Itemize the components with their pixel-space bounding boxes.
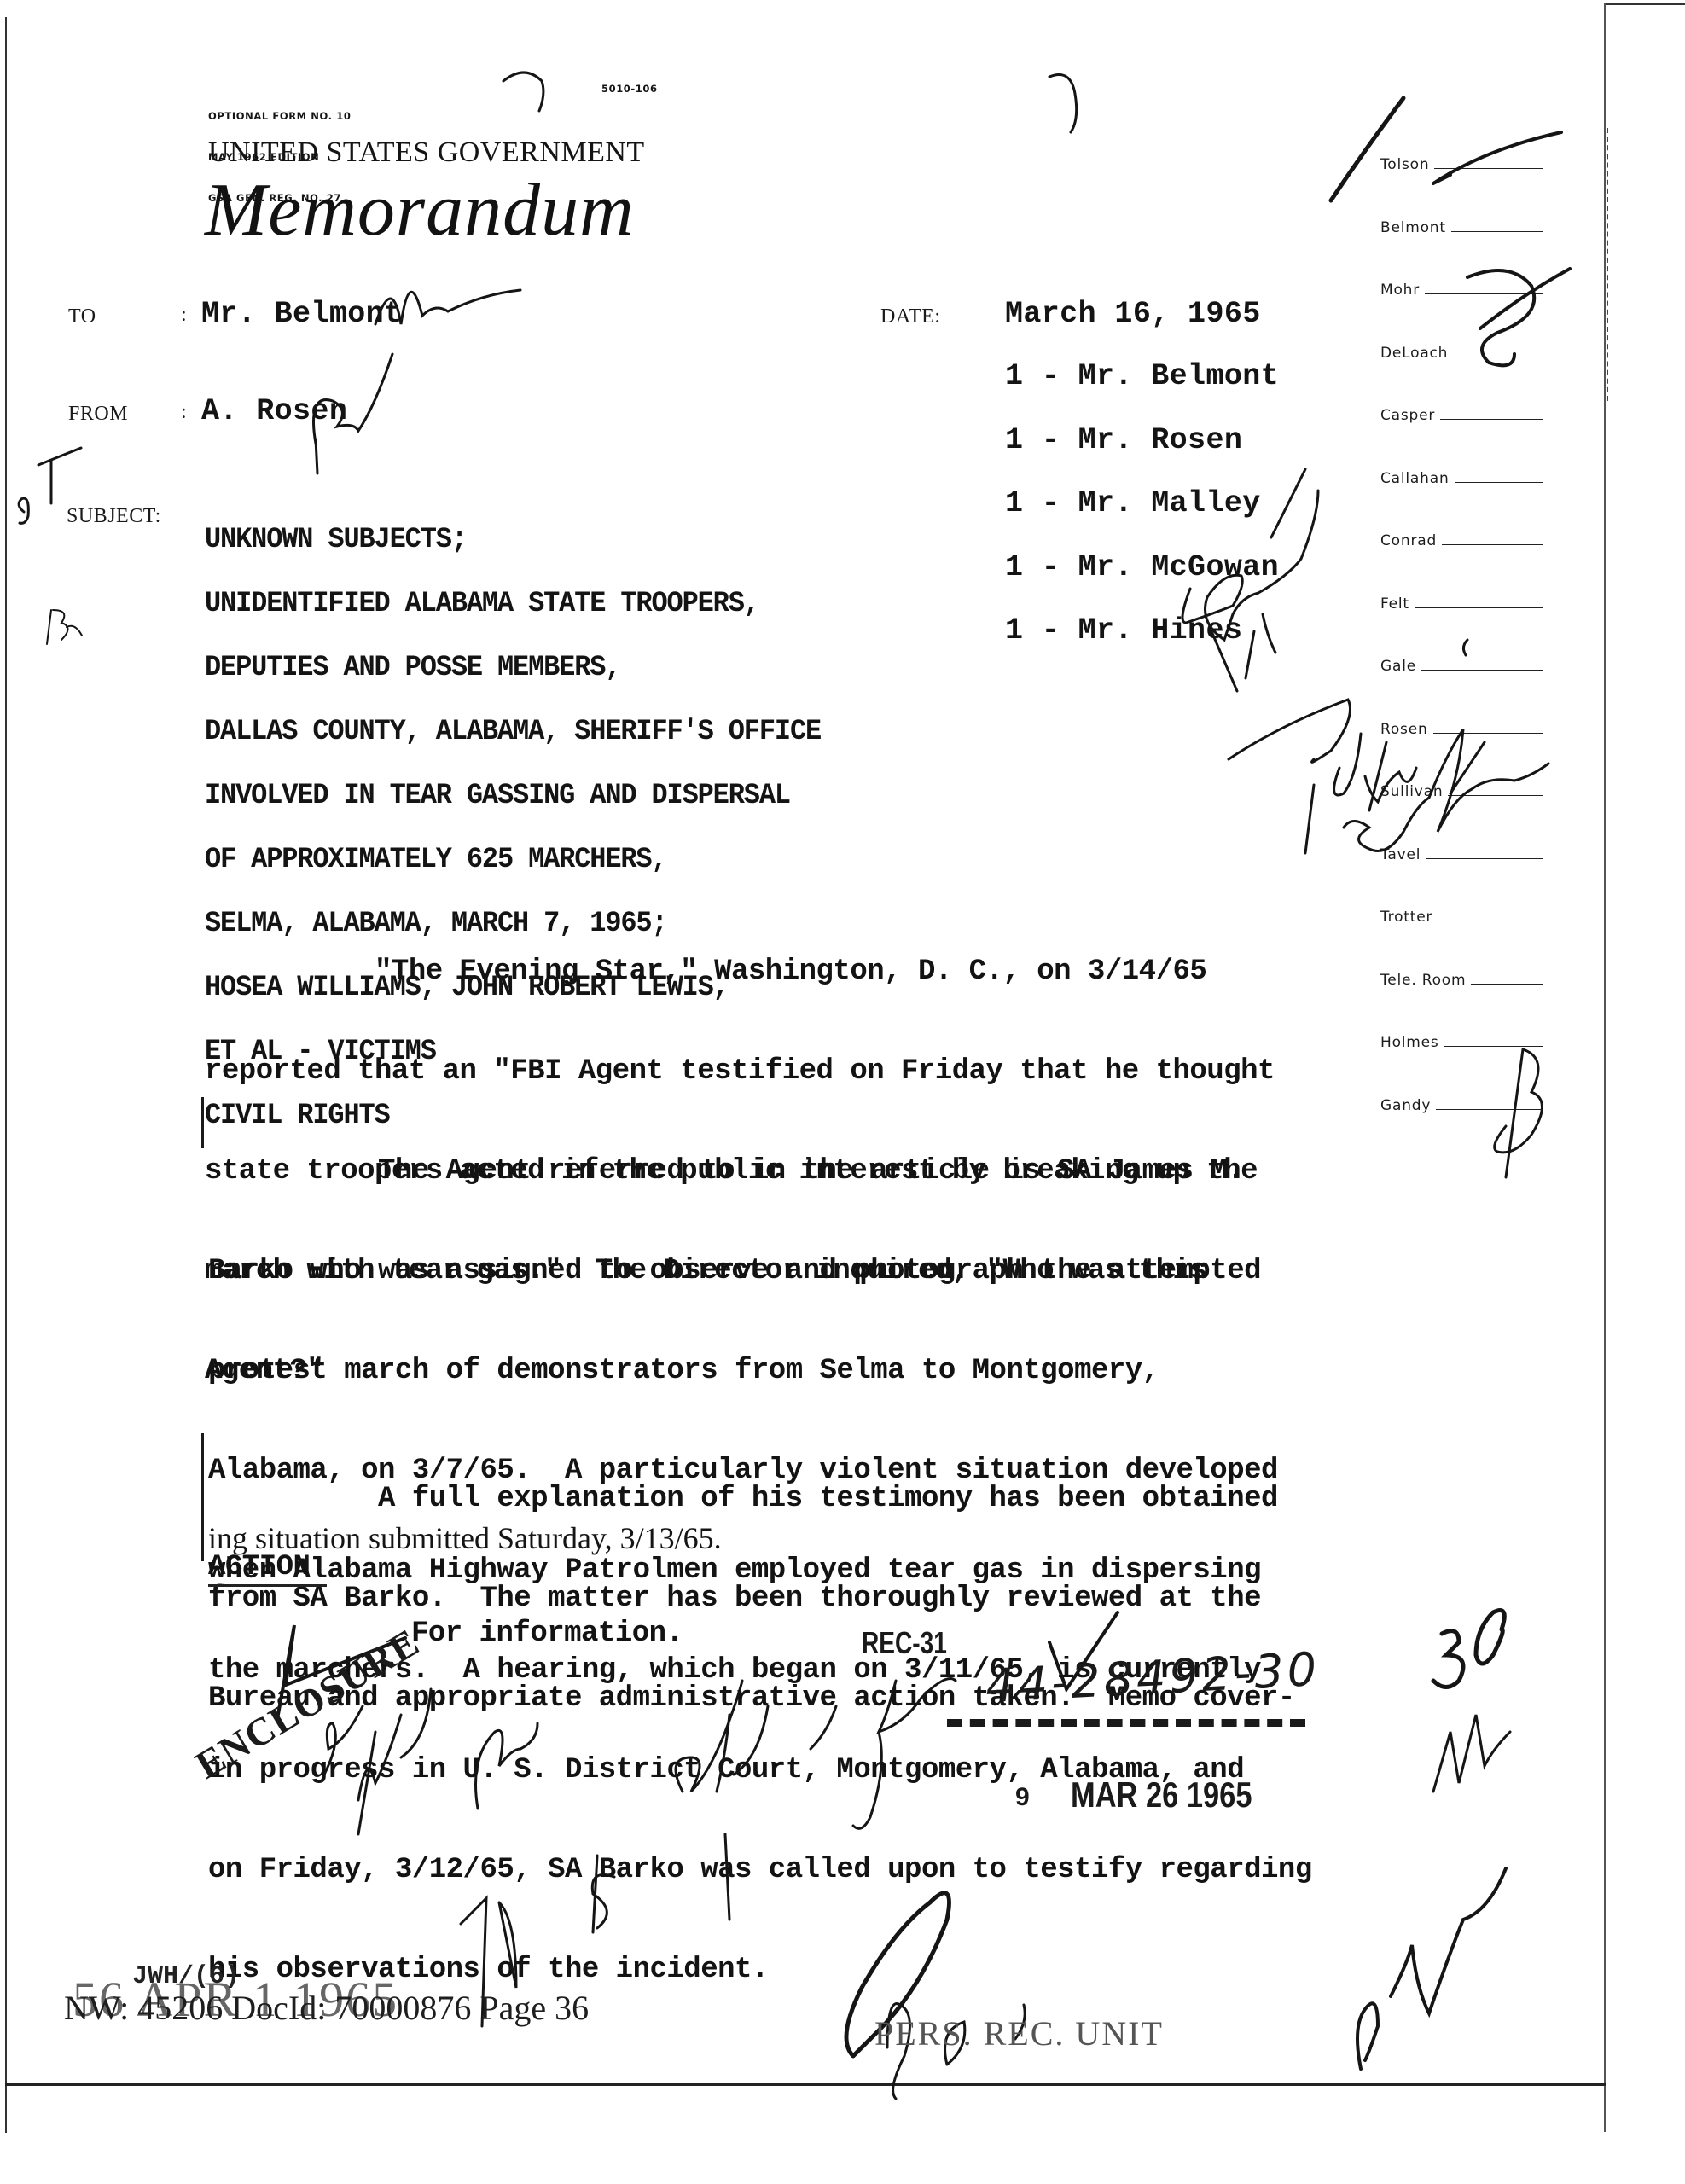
routing-item: Rosen: [1380, 719, 1543, 741]
body-line: Barko who was assigned to observe and ph…: [208, 1255, 1312, 1288]
pers-rec-unit-stamp: PERS. REC. UNIT: [874, 2013, 1164, 2053]
copy-item: 1 - Mr. Hines: [1005, 614, 1279, 648]
body-line: on Friday, 3/12/65, SA Barko was called …: [208, 1854, 1312, 1887]
to-label: TO: [68, 305, 96, 328]
body-line: reported that an "FBI Agent testified on…: [205, 1055, 1275, 1089]
bottom-page-edge: [5, 2083, 1606, 2086]
routing-item: Belmont: [1380, 218, 1543, 239]
subject-line: DEPUTIES AND POSSE MEMBERS,: [205, 652, 821, 685]
received-date-stamp: MAR 26 1965: [1071, 1774, 1252, 1815]
routing-item: Sullivan: [1380, 781, 1543, 803]
routing-item: Tavel: [1380, 845, 1543, 866]
subject-line: UNKNOWN SUBJECTS;: [205, 524, 821, 557]
action-label: ACTION:: [208, 1551, 327, 1587]
subject-label: SUBJECT:: [67, 505, 161, 528]
subject-line: OF APPROXIMATELY 625 MARCHERS,: [205, 844, 821, 877]
top-right-page-edge: [1604, 3, 1685, 5]
memo-date: March 16, 1965: [1005, 297, 1261, 331]
routing-divider: [1607, 128, 1608, 401]
form-number: OPTIONAL FORM NO. 10: [208, 109, 351, 123]
to-recipient: Mr. Belmont: [201, 297, 402, 331]
routing-item: Tolson: [1380, 154, 1543, 176]
from-sender: A. Rosen: [201, 394, 347, 428]
subject-line: DALLAS COUNTY, ALABAMA, SHERIFF'S OFFICE: [205, 716, 821, 749]
routing-item: Tele. Room: [1380, 970, 1543, 991]
copy-distribution-list: 1 - Mr. Belmont 1 - Mr. Rosen 1 - Mr. Ma…: [1005, 329, 1279, 663]
subject-line: INVOLVED IN TEAR GASSING AND DISPERSAL: [205, 780, 821, 813]
form-code: 5010-106: [601, 82, 658, 96]
routing-item: Casper: [1380, 405, 1543, 427]
from-label: FROM: [68, 403, 128, 426]
left-page-edge: [5, 17, 7, 2133]
right-page-edge: [1604, 3, 1606, 2132]
routing-item: Trotter: [1380, 907, 1543, 928]
routing-item: Callahan: [1380, 468, 1543, 490]
document-type-title: Memorandum: [205, 167, 635, 253]
body-line: "The Evening Star," Washington, D. C., o…: [205, 955, 1275, 989]
routing-list: Tolson Belmont Mohr DeLoach Casper Calla…: [1380, 113, 1543, 1137]
routing-item: Conrad: [1380, 531, 1543, 552]
date-label: DATE:: [880, 305, 941, 328]
from-colon: :: [181, 401, 187, 424]
change-bar: [201, 1433, 204, 1561]
date-stamp-number: 9: [1015, 1783, 1030, 1812]
rec-stamp: REC-31: [862, 1625, 947, 1661]
routing-item: Holmes: [1380, 1032, 1543, 1054]
agency-title: UNITED STATES GOVERNMENT: [208, 136, 645, 169]
routing-item: DeLoach: [1380, 343, 1543, 364]
routing-item: Felt: [1380, 594, 1543, 615]
copy-item: 1 - Mr. McGowan: [1005, 551, 1279, 584]
body-line: A full explanation of his testimony has …: [208, 1483, 1295, 1516]
document-footer: NW: 45206 DocId: 70000876 Page 36: [64, 1988, 589, 2028]
copy-item: 1 - Mr. Belmont: [1005, 360, 1279, 393]
subject-line: UNIDENTIFIED ALABAMA STATE TROOPERS,: [205, 588, 821, 621]
action-text: For information.: [411, 1618, 683, 1651]
copy-item: 1 - Mr. Malley: [1005, 487, 1279, 520]
routing-item: Mohr: [1380, 280, 1543, 301]
body-line: from SA Barko. The matter has been thoro…: [208, 1583, 1295, 1616]
file-number-underline: [947, 1719, 1305, 1727]
body-line: The Agent referred to in the article is …: [208, 1155, 1312, 1188]
change-bar: [201, 1097, 204, 1148]
routing-item: Gandy: [1380, 1095, 1543, 1117]
body-line: protest march of demonstrators from Selm…: [208, 1355, 1312, 1388]
to-colon: :: [181, 304, 187, 327]
routing-item: Gale: [1380, 656, 1543, 677]
copy-item: 1 - Mr. Rosen: [1005, 424, 1279, 457]
